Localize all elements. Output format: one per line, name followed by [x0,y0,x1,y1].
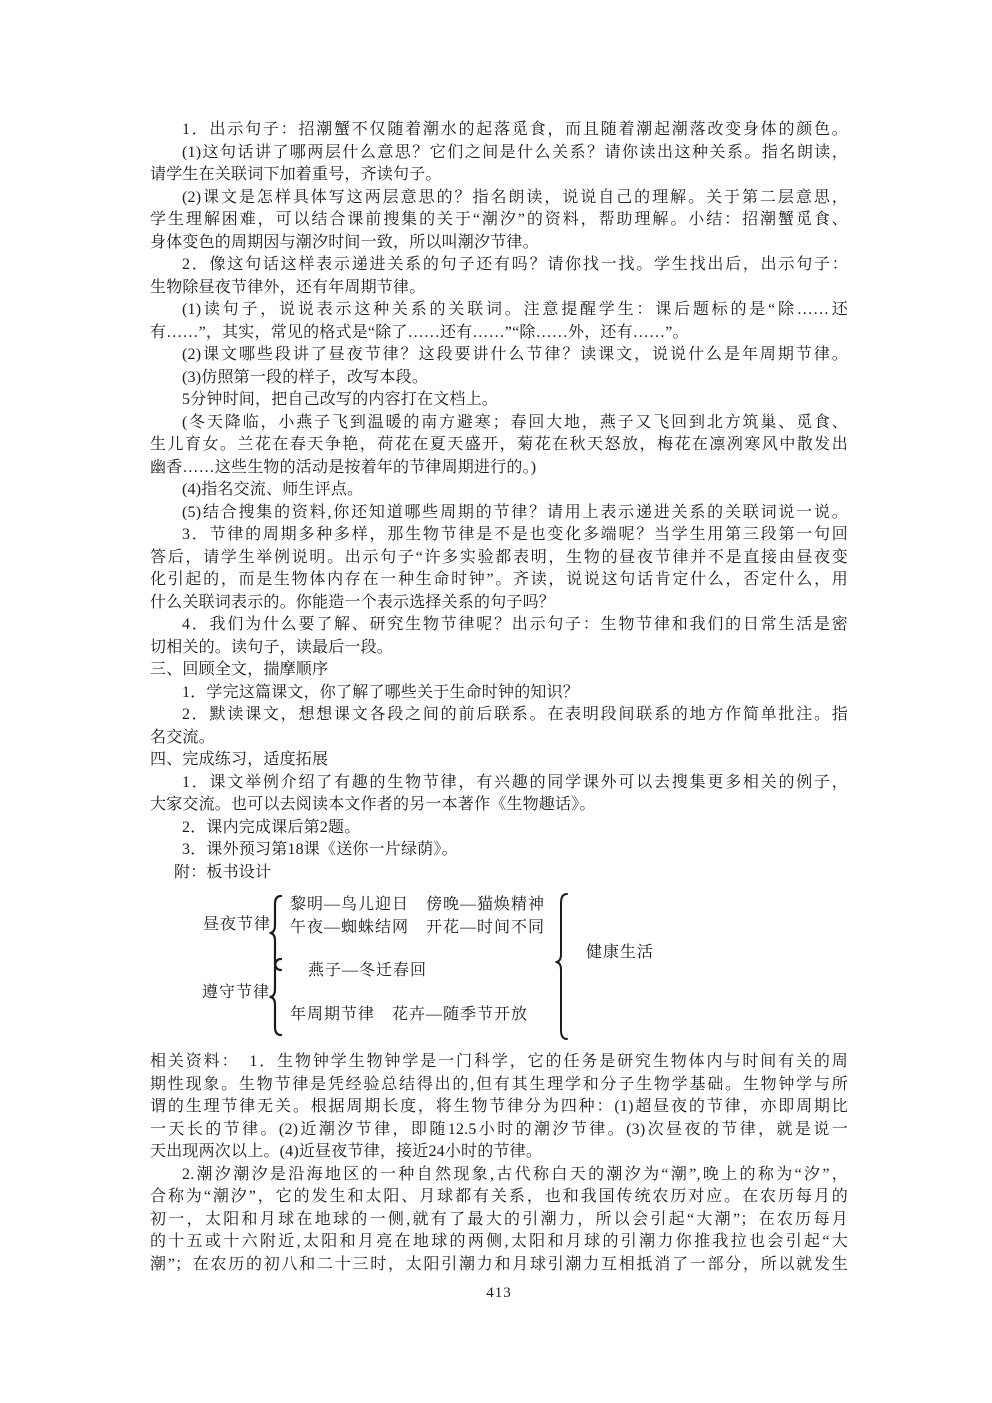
text-line: 化引起的，而是生物体内存在一种生命时钟”。齐读，说说这句话肯定什么，否定什么，用 [150,569,848,592]
text-line: (2)课文哪些段讲了昼夜节律？这段要讲什么节律？读课文，说说什么是年周期节律。 [150,344,848,367]
diagram-label-day-night-rhythm: 昼夜节律 [203,915,271,935]
text-line: 谓的生理节律无关。根据周期长度，将生物节律分为四种：(1)超昼夜的节律，亦即周期… [150,1096,848,1119]
text-line: 1．课文举例介绍了有趣的生物节律，有兴趣的同学课外可以去搜集更多相关的例子， [150,772,848,795]
text-line: 4．我们为什么要了解、研究生物节律呢？出示句子：生物节律和我们的日常生活是密 [150,614,848,637]
lesson-plan-text: 1．出示句子：招潮蟹不仅随着潮水的起落觅食，而且随着潮起潮落改变身体的颜色。(1… [150,119,848,884]
text-line: 请学生在关联词下加着重号，齐读句子。 [150,164,848,187]
text-line: 三、回顾全文，揣摩顺序 [150,659,848,682]
text-line: 初一，太阳和月球在地球的一侧,就有了最大的引潮力，所以会引起“大潮”；在农历每月 [150,1209,848,1232]
document-page: 1．出示句子：招潮蟹不仅随着潮水的起落觅食，而且随着潮起潮落改变身体的颜色。(1… [150,119,848,1303]
text-line: 合称为“潮汐”，它的发生和太阳、月球都有关系，也和我国传统农历对应。在农历每月的 [150,1186,848,1209]
text-line: 天出现两次以上。(4)近昼夜节律，接近24小时的节律。 [150,1141,848,1164]
text-line: 1．学完这篇课文，你了解了哪些关于生命时钟的知识？ [150,682,848,705]
text-line: 有……”，其实，常见的格式是“除了……还有……”“除……外，还有……”。 [150,322,848,345]
text-line: 大家交流。也可以去阅读本文作者的另一本著作《生物趣话》。 [150,794,848,817]
text-line: 名交流。 [150,727,848,750]
diagram-label-healthy-life: 健康生活 [586,943,654,963]
text-line: 四、完成练习，适度拓展 [150,749,848,772]
text-line: 幽香……这些生物的活动是按着年的节律周期进行的。) [150,457,848,480]
text-line: 2．默读课文，想想课文各段之间的前后联系。在表明段间联系的地方作简单批注。指 [150,704,848,727]
text-line: 1．出示句子：招潮蟹不仅随着潮水的起落觅食，而且随着潮起潮落改变身体的颜色。 [150,119,848,142]
text-line: (1)这句话讲了哪两层什么意思？它们之间是什么关系？请你读出这种关系。指名朗读， [150,142,848,165]
text-line: 5分钟时间，把自己改写的内容打在文档上。 [150,389,848,412]
diagram-row: 午夜—蜘蛛结网 开花—时间不同 [290,918,545,938]
text-line: 潮”；在农历的初八和二十三时，太阳引潮力和月球引潮力互相抵消了一部分，所以就发生 [150,1254,848,1277]
text-line: 附：板书设计 [150,862,848,885]
left-brace-icon [268,958,284,1036]
text-line: (3)仿照第一段的样子，改写本段。 [150,367,848,390]
text-line: 生物除昼夜节律外，还有年周期节律。 [150,277,848,300]
big-brace-icon [554,893,570,1040]
diagram-label-follow-rhythm: 遵守节律 [202,983,270,1003]
board-design-diagram: 昼夜节律 黎明—鸟儿迎日 傍晚—猫焕精神 午夜—蜘蛛结网 开花—时间不同 燕子—… [150,893,848,1040]
text-line: 切相关的。读句子，读最后一段。 [150,637,848,660]
text-line: 2．像这句话这样表示递进关系的句子还有吗？请你找一找。学生找出后，出示句子： [150,254,848,277]
text-line: (5)结合搜集的资料,你还知道哪些周期的节律？请用上表示递进关系的关联词说一说。 [150,502,848,525]
text-line: 的十五或十六附近,太阳和月亮在地球的两侧,太阳和月球的引潮力你推我拉也会引起“大 [150,1231,848,1254]
text-line: 一天长的节律。(2)近潮汐节律，即随12.5小时的潮汐节律。(3)次昼夜的节律，… [150,1119,848,1142]
text-line: 3．节律的周期多种多样，那生物节律是不是也变化多端呢？当学生用第三段第一句回 [150,524,848,547]
text-line: 期性现象。生物节律是凭经验总结得出的,但有其生理学和分子生物学基础。生物钟学与所 [150,1074,848,1097]
text-line: (冬天降临，小燕子飞到温暖的南方避寒；春回大地，燕子又飞回到北方筑巢、觅食、 [150,412,848,435]
diagram-row: 燕子—冬迁春回 [308,961,427,981]
text-line: 学生理解困难，可以结合课前搜集的关于“潮汐”的资料，帮助理解。小结：招潮蟹觅食、 [150,209,848,232]
related-materials-text: 相关资料： 1．生物钟学生物钟学是一门科学，它的任务是研究生物体内与时间有关的周… [150,1051,848,1276]
page-number: 413 [150,1283,848,1303]
text-line: 答后，请学生举例说明。出示句子“许多实验都表明，生物的昼夜节律并不是直接由昼夜变 [150,547,848,570]
text-line: 身体变色的周期因与潮汐时间一致，所以叫潮汐节律。 [150,232,848,255]
text-line: 2.潮汐潮汐是沿海地区的一种自然现象,古代称白天的潮汐为“潮”,晚上的称为“汐”… [150,1164,848,1187]
text-line: 2．课内完成课后第2题。 [150,817,848,840]
text-line: 什么关联词表示的。你能造一个表示选择关系的句子吗？ [150,592,848,615]
text-line: 3．课外预习第18课《送你一片绿荫》。 [150,839,848,862]
diagram-row: 黎明—鸟儿迎日 傍晚—猫焕精神 [290,895,545,915]
text-line: (2)课文是怎样具体写这两层意思的？指名朗读，说说自己的理解。关于第二层意思， [150,187,848,210]
text-line: (4)指名交流、师生评点。 [150,479,848,502]
text-line: (1)读句子，说说表示这种关系的关联词。注意提醒学生：课后题标的是“除……还 [150,299,848,322]
text-line: 生儿育女。兰花在春天争艳，荷花在夏天盛开，菊花在秋天怒放，梅花在凛冽寒风中散发出 [150,434,848,457]
diagram-row: 年周期节律 花卉—随季节开放 [290,1005,528,1025]
text-line: 相关资料： 1．生物钟学生物钟学是一门科学，它的任务是研究生物体内与时间有关的周 [150,1051,848,1074]
